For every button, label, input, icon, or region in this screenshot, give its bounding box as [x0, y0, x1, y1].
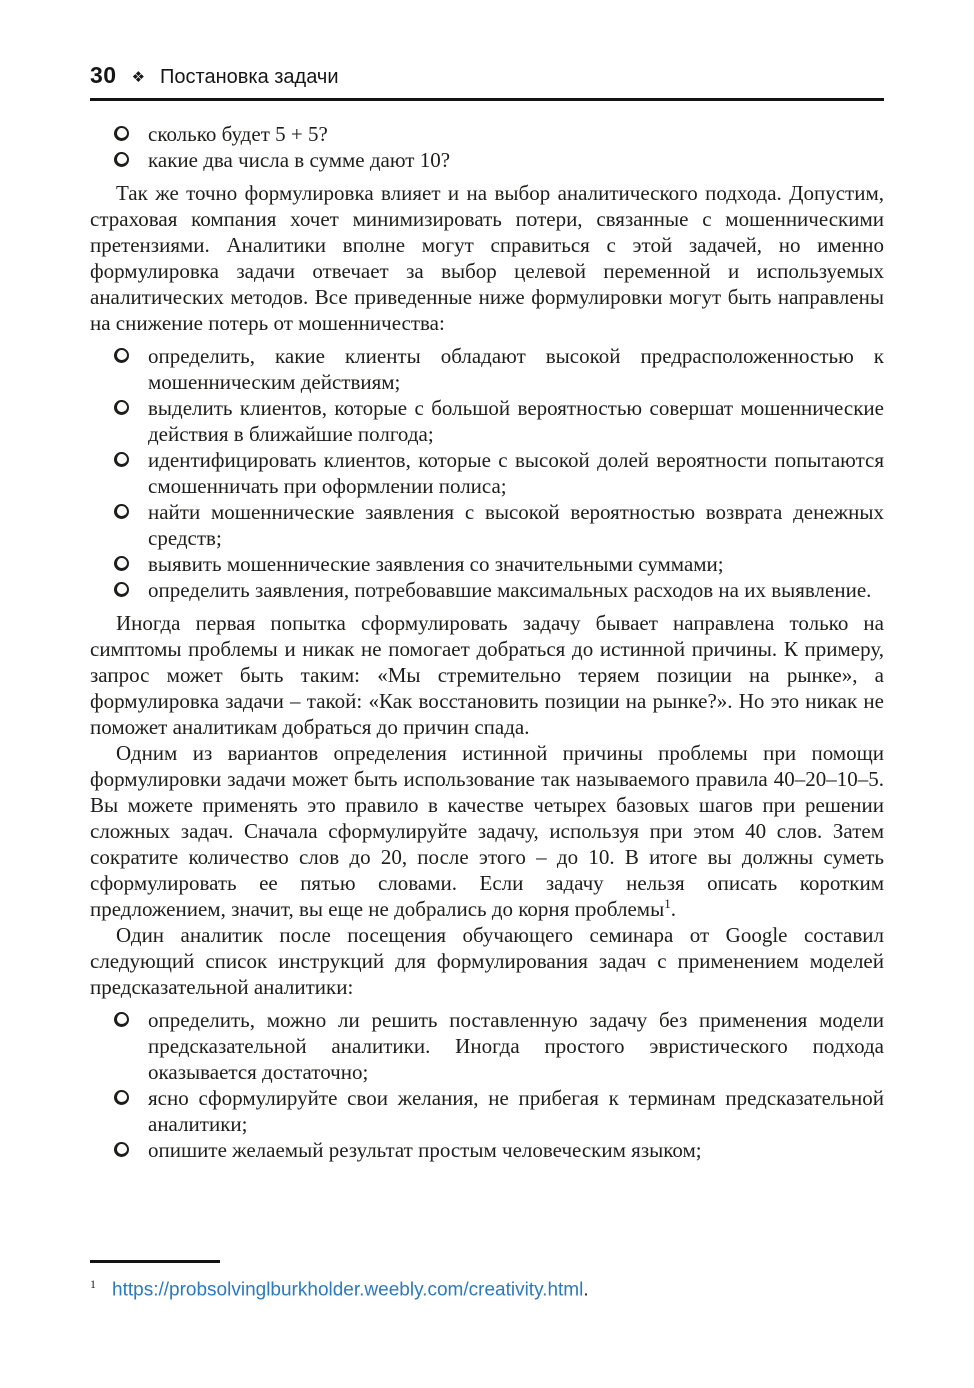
footnote: 1https://probsolvinglburkholder.weebly.c… [90, 1260, 884, 1302]
list-item: определить, можно ли решить поставленную… [148, 1007, 884, 1085]
list-item-text: определить, можно ли решить поставленную… [148, 1008, 884, 1084]
list-item-text: идентифицировать клиентов, которые с выс… [148, 448, 884, 498]
list-item-text: определить, какие клиенты обладают высок… [148, 344, 884, 394]
paragraph-rule-40-20-10-5: Одним из вариантов определения истинной … [90, 740, 884, 922]
list-item: сколько будет 5 + 5? [148, 121, 884, 147]
list-item: опишите желаемый результат простым челов… [148, 1137, 884, 1163]
paragraph-symptoms: Иногда первая попытка сформулировать зад… [90, 610, 884, 740]
bullet-circle-icon [114, 126, 129, 141]
footnote-marker: 1 [90, 1277, 96, 1291]
list-item-text: ясно сформулируйте свои желания, не приб… [148, 1086, 884, 1136]
list-item-text: выявить мошеннические заявления со значи… [148, 552, 724, 576]
running-header-title: Постановка задачи [160, 66, 338, 89]
book-page: 30 ❖ Постановка задачи сколько будет 5 +… [0, 0, 974, 1388]
list-item-text: какие два числа в сумме дают 10? [148, 148, 450, 172]
list-item: идентифицировать клиентов, которые с выс… [148, 447, 884, 499]
bullet-circle-icon [114, 452, 129, 467]
paragraph-google-seminar: Один аналитик после посещения обучающего… [90, 922, 884, 1000]
list-item-text: определить заявления, потребовавшие макс… [148, 578, 871, 602]
footnote-line: 1https://probsolvinglburkholder.weebly.c… [90, 1272, 884, 1302]
list-item: ясно сформулируйте свои желания, не приб… [148, 1085, 884, 1137]
list-item: определить, какие клиенты обладают высок… [148, 343, 884, 395]
list-item-text: выделить клиентов, которые с большой вер… [148, 396, 884, 446]
page-number: 30 [90, 62, 117, 89]
header-rule [90, 98, 884, 101]
list-item: найти мошеннические заявления с высокой … [148, 499, 884, 551]
instructions-list: определить, можно ли решить поставленную… [90, 1007, 884, 1163]
bullet-circle-icon [114, 1090, 129, 1105]
footnote-rule [90, 1260, 220, 1263]
bullet-circle-icon [114, 582, 129, 597]
footnote-link[interactable]: https://probsolvinglburkholder.weebly.co… [112, 1279, 583, 1300]
bullet-circle-icon [114, 1012, 129, 1027]
paragraph-rule-period: . [671, 897, 676, 921]
bullet-circle-icon [114, 348, 129, 363]
bullet-circle-icon [114, 556, 129, 571]
list-item: выделить клиентов, которые с большой вер… [148, 395, 884, 447]
list-item-text: сколько будет 5 + 5? [148, 122, 328, 146]
list-item: какие два числа в сумме дают 10? [148, 147, 884, 173]
intro-question-list: сколько будет 5 + 5? какие два числа в с… [90, 121, 884, 173]
bullet-circle-icon [114, 504, 129, 519]
list-item-text: опишите желаемый результат простым челов… [148, 1138, 702, 1162]
bullet-circle-icon [114, 1142, 129, 1157]
list-item-text: найти мошеннические заявления с высокой … [148, 500, 884, 550]
bullet-circle-icon [114, 400, 129, 415]
list-item: определить заявления, потребовавшие макс… [148, 577, 884, 603]
paragraph-analytic-approach: Так же точно формулировка влияет и на вы… [90, 180, 884, 336]
footnote-period: . [583, 1279, 588, 1300]
paragraph-rule-text: Одним из вариантов определения истинной … [90, 741, 884, 921]
fraud-formulations-list: определить, какие клиенты обладают высок… [90, 343, 884, 603]
four-diamond-icon: ❖ [132, 68, 145, 86]
bullet-circle-icon [114, 152, 129, 167]
running-header: 30 ❖ Постановка задачи [90, 62, 884, 89]
list-item: выявить мошеннические заявления со значи… [148, 551, 884, 577]
